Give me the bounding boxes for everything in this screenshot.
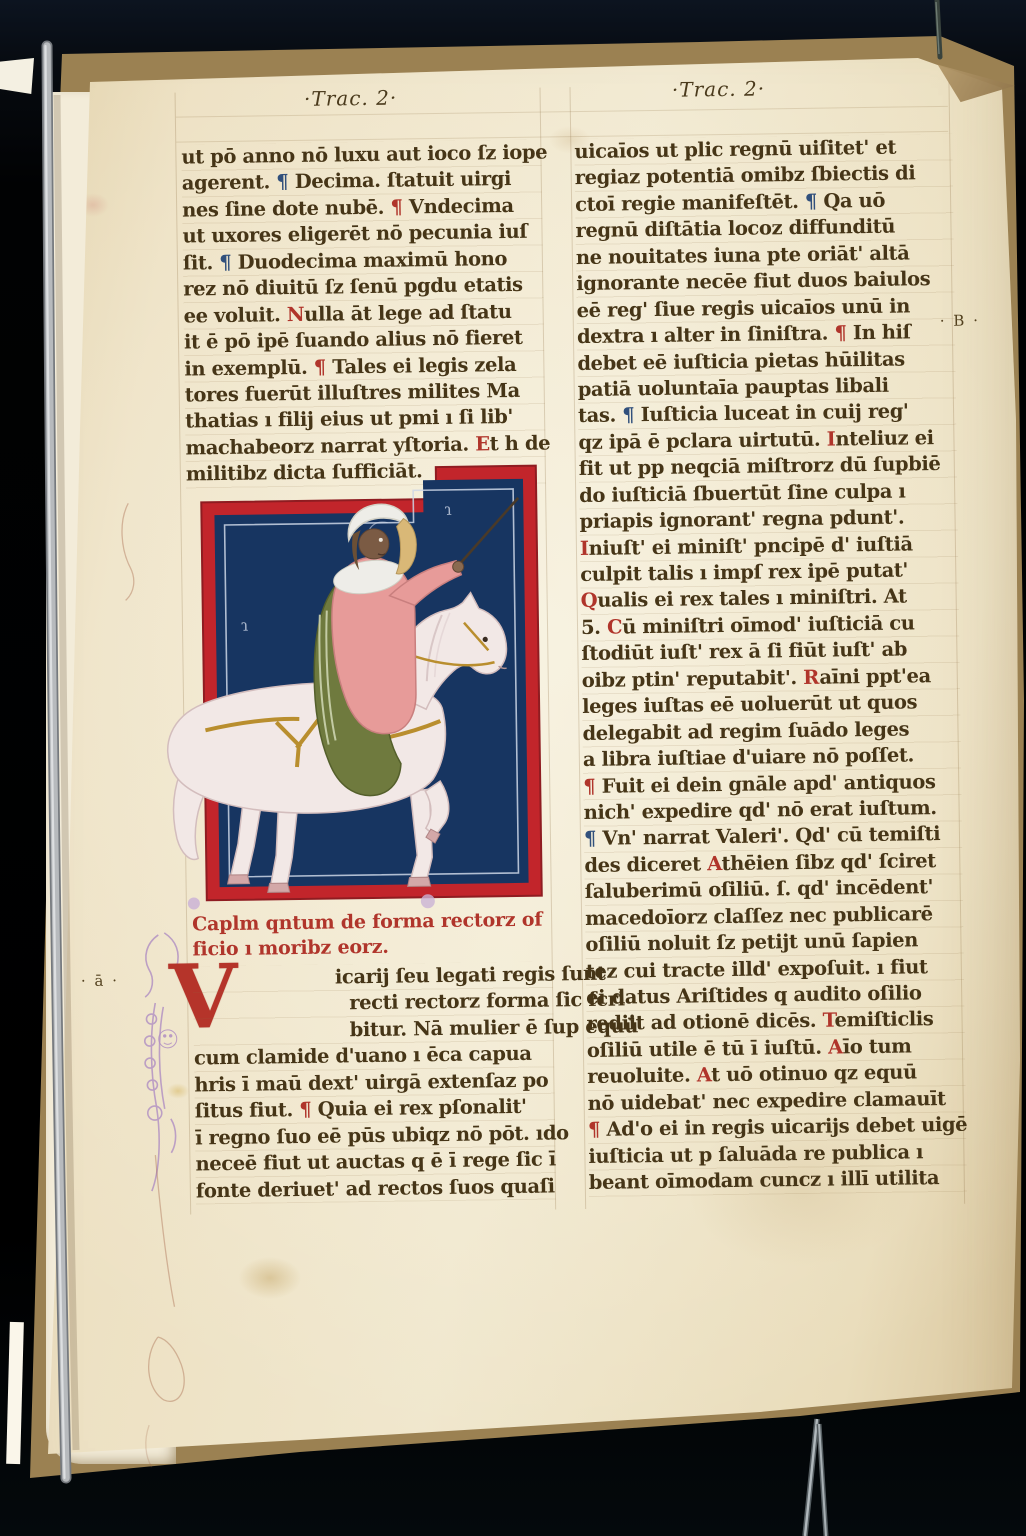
bottom-clip-pin xyxy=(805,1419,826,1536)
overlay-hardware xyxy=(0,0,1026,1536)
